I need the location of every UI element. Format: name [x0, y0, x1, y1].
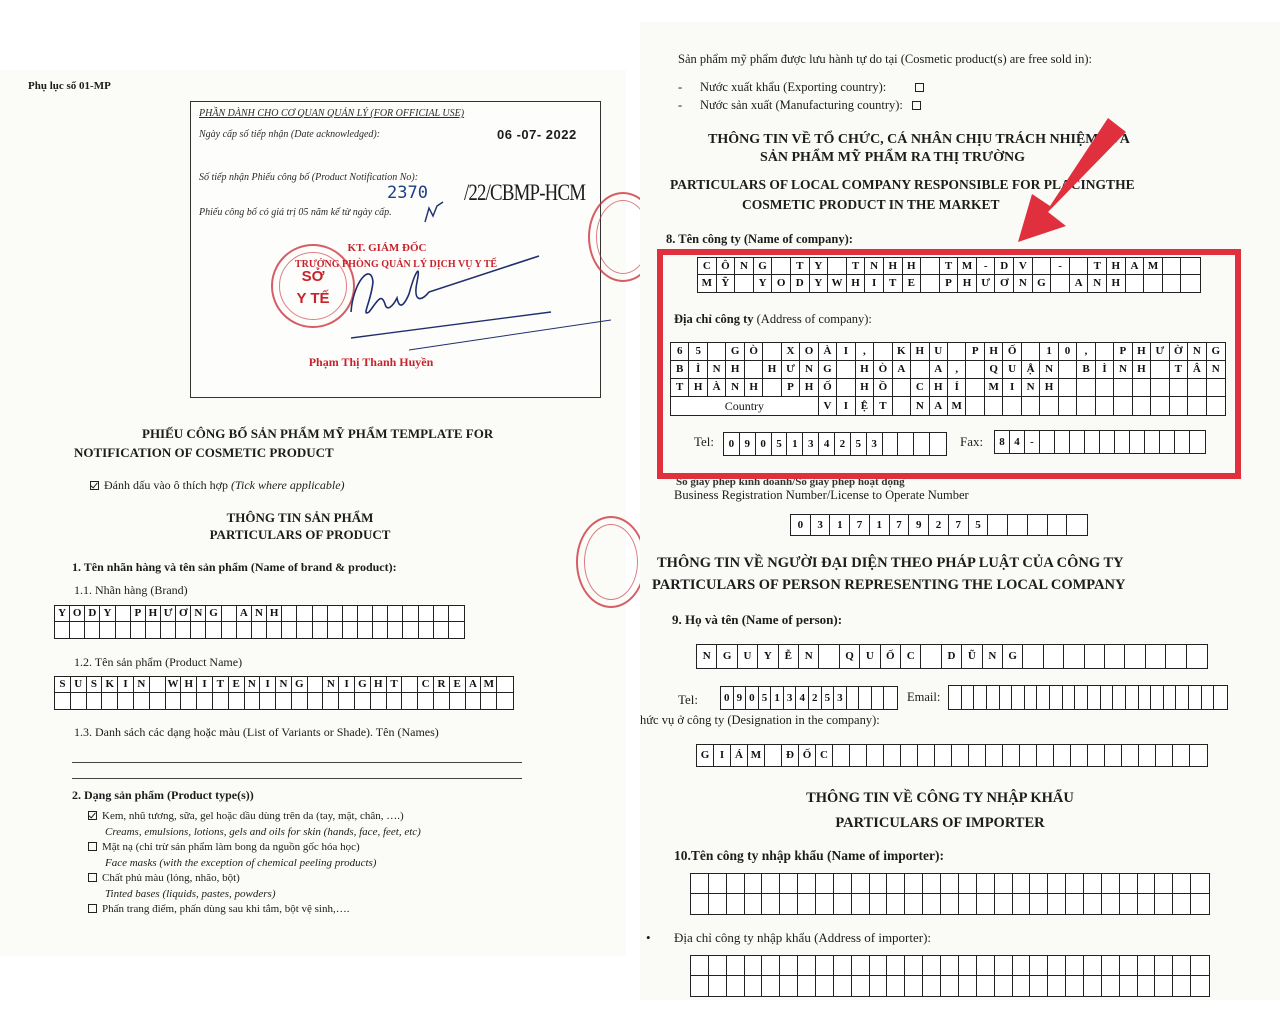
letter-box[interactable] [1120, 894, 1138, 914]
letter-box[interactable] [1173, 894, 1191, 914]
letter-box[interactable] [745, 956, 763, 976]
letter-box[interactable]: N [323, 677, 339, 693]
letter-box[interactable]: I [339, 677, 355, 693]
letter-box[interactable] [977, 894, 995, 914]
letter-box[interactable]: Ố [881, 645, 901, 668]
letter-box[interactable] [1044, 645, 1064, 668]
letter-box[interactable] [297, 606, 312, 622]
letter-box[interactable] [988, 515, 1008, 535]
letter-box[interactable] [1151, 686, 1164, 709]
letter-box[interactable] [161, 622, 176, 638]
letter-box[interactable] [921, 645, 941, 668]
letter-box[interactable] [819, 645, 839, 668]
letter-box[interactable] [1071, 745, 1088, 766]
letter-box[interactable] [1013, 956, 1031, 976]
letter-box[interactable] [959, 956, 977, 976]
letter-box[interactable]: C [816, 745, 833, 766]
letter-box[interactable] [816, 976, 834, 996]
letter-box[interactable]: H [146, 606, 161, 622]
letter-box[interactable] [1030, 956, 1048, 976]
letter-box[interactable] [941, 894, 959, 914]
letter-box[interactable] [1084, 976, 1102, 996]
letter-box[interactable]: U [860, 645, 880, 668]
letter-box[interactable]: 5 [759, 687, 772, 709]
email-field[interactable] [948, 685, 1228, 710]
letter-box[interactable] [798, 956, 816, 976]
letter-box[interactable]: Á [731, 745, 748, 766]
letter-box[interactable] [102, 693, 118, 709]
product-type-item[interactable]: Mặt nạ (chỉ trừ sản phẩm làm bong da ngu… [88, 840, 421, 856]
letter-box[interactable] [974, 686, 987, 709]
letter-box[interactable] [1000, 686, 1013, 709]
letter-box[interactable] [328, 622, 343, 638]
letter-box[interactable] [308, 677, 324, 693]
letter-box[interactable] [1064, 645, 1084, 668]
letter-box[interactable]: C [418, 677, 434, 693]
letter-box[interactable] [313, 622, 328, 638]
letter-box[interactable] [1013, 894, 1031, 914]
letter-box[interactable] [780, 956, 798, 976]
letter-box[interactable] [852, 956, 870, 976]
letter-box[interactable] [146, 622, 161, 638]
letter-box[interactable] [765, 745, 782, 766]
letter-box[interactable] [870, 976, 888, 996]
letter-box[interactable] [434, 693, 450, 709]
letter-box[interactable]: 3 [811, 515, 831, 535]
letter-box[interactable] [1138, 976, 1156, 996]
letter-box[interactable] [87, 693, 103, 709]
letter-box[interactable] [419, 622, 434, 638]
letter-box[interactable] [691, 894, 709, 914]
letter-box[interactable] [481, 693, 497, 709]
letter-box[interactable] [197, 693, 213, 709]
brand-field[interactable]: YODYPHƯƠNGANH [54, 605, 465, 639]
letter-box[interactable] [709, 874, 727, 894]
letter-box[interactable] [100, 622, 115, 638]
letter-box[interactable] [260, 693, 276, 709]
letter-box[interactable] [986, 745, 1003, 766]
letter-box[interactable] [905, 874, 923, 894]
letter-box[interactable] [1066, 976, 1084, 996]
letter-box[interactable] [1008, 515, 1028, 535]
letter-box[interactable] [834, 894, 852, 914]
letter-box[interactable]: G [206, 606, 221, 622]
letter-box[interactable] [339, 693, 355, 709]
letter-box[interactable] [1102, 894, 1120, 914]
letter-box[interactable] [959, 976, 977, 996]
letter-box[interactable] [941, 874, 959, 894]
letter-box[interactable] [1173, 956, 1191, 976]
letter-box[interactable]: I [714, 745, 731, 766]
letter-box[interactable]: Y [55, 606, 70, 622]
letter-box[interactable] [745, 976, 763, 996]
letter-box[interactable] [870, 874, 888, 894]
letter-box[interactable]: T [213, 677, 229, 693]
letter-box[interactable]: G [292, 677, 308, 693]
letter-box[interactable] [449, 606, 464, 622]
letter-box[interactable]: G [717, 645, 737, 668]
letter-box[interactable] [1214, 686, 1227, 709]
letter-box[interactable] [1176, 686, 1189, 709]
letter-box[interactable] [1120, 976, 1138, 996]
product-type-item[interactable]: Phấn trang điểm, phấn dùng sau khi tắm, … [88, 902, 421, 918]
letter-box[interactable]: T [387, 677, 403, 693]
letter-box[interactable] [1122, 745, 1139, 766]
letter-box[interactable] [905, 956, 923, 976]
letter-box[interactable] [923, 894, 941, 914]
letter-box[interactable] [418, 693, 434, 709]
letter-box[interactable] [213, 693, 229, 709]
letter-box[interactable]: G [1003, 645, 1023, 668]
letter-box[interactable] [373, 606, 388, 622]
letter-box[interactable]: Đ [782, 745, 799, 766]
letter-box[interactable]: H [267, 606, 282, 622]
letter-box[interactable]: P [131, 606, 146, 622]
letter-box[interactable] [434, 606, 449, 622]
letter-box[interactable] [150, 693, 166, 709]
letter-box[interactable]: D [85, 606, 100, 622]
letter-box[interactable] [780, 894, 798, 914]
letter-box[interactable]: R [434, 677, 450, 693]
letter-box[interactable] [1048, 874, 1066, 894]
importer-name-field[interactable] [690, 873, 1210, 915]
letter-box[interactable] [1084, 874, 1102, 894]
letter-box[interactable] [229, 693, 245, 709]
letter-box[interactable] [358, 622, 373, 638]
letter-box[interactable]: A [466, 677, 482, 693]
letter-box[interactable] [176, 622, 191, 638]
letter-box[interactable] [1173, 874, 1191, 894]
letter-box[interactable]: W [166, 677, 182, 693]
letter-box[interactable]: O [70, 606, 85, 622]
letter-box[interactable]: Q [840, 645, 860, 668]
letter-box[interactable]: N [245, 677, 261, 693]
letter-box[interactable] [419, 606, 434, 622]
letter-box[interactable] [131, 622, 146, 638]
letter-box[interactable] [847, 687, 860, 709]
letter-box[interactable] [466, 693, 482, 709]
letter-box[interactable] [292, 693, 308, 709]
letter-box[interactable] [402, 677, 418, 693]
person-tel-field[interactable]: 0905134253 [720, 686, 898, 710]
letter-box[interactable] [402, 693, 418, 709]
letter-box[interactable] [1020, 745, 1037, 766]
letter-box[interactable]: 1 [771, 687, 784, 709]
letter-box[interactable]: E [229, 677, 245, 693]
letter-box[interactable] [1067, 515, 1087, 535]
letter-box[interactable] [727, 894, 745, 914]
letter-box[interactable] [181, 693, 197, 709]
letter-box[interactable]: H [181, 677, 197, 693]
letter-box[interactable] [977, 956, 995, 976]
letter-box[interactable] [872, 687, 885, 709]
exporting-country-checkbox[interactable] [915, 83, 924, 92]
letter-box[interactable] [222, 622, 237, 638]
letter-box[interactable] [833, 745, 850, 766]
letter-box[interactable] [1088, 745, 1105, 766]
letter-box[interactable] [969, 745, 986, 766]
variants-line-1[interactable] [72, 762, 522, 763]
letter-box[interactable]: N [697, 645, 717, 668]
letter-box[interactable] [1050, 686, 1063, 709]
letter-box[interactable] [1138, 874, 1156, 894]
letter-box[interactable]: K [102, 677, 118, 693]
letter-box[interactable]: U [71, 677, 87, 693]
letter-box[interactable] [116, 622, 131, 638]
letter-box[interactable] [1025, 686, 1038, 709]
letter-box[interactable] [987, 686, 1000, 709]
letter-box[interactable] [1028, 515, 1048, 535]
letter-box[interactable] [995, 894, 1013, 914]
letter-box[interactable] [1189, 686, 1202, 709]
manufacturing-country-checkbox[interactable] [912, 101, 921, 110]
letter-box[interactable] [1101, 686, 1114, 709]
letter-box[interactable]: U [738, 645, 758, 668]
letter-box[interactable] [995, 874, 1013, 894]
letter-box[interactable] [709, 894, 727, 914]
letter-box[interactable] [252, 622, 267, 638]
letter-box[interactable] [388, 622, 403, 638]
letter-box[interactable] [222, 606, 237, 622]
letter-box[interactable] [323, 693, 339, 709]
letter-box[interactable] [1202, 686, 1215, 709]
letter-box[interactable] [355, 693, 371, 709]
letter-box[interactable]: 7 [890, 515, 910, 535]
letter-box[interactable] [1030, 894, 1048, 914]
letter-box[interactable] [727, 956, 745, 976]
letter-box[interactable] [852, 874, 870, 894]
letter-box[interactable]: 5 [822, 687, 835, 709]
letter-box[interactable] [762, 956, 780, 976]
letter-box[interactable] [373, 622, 388, 638]
letter-box[interactable]: I [260, 677, 276, 693]
letter-box[interactable] [497, 693, 513, 709]
letter-box[interactable] [1191, 874, 1209, 894]
letter-box[interactable] [867, 745, 884, 766]
letter-box[interactable] [995, 956, 1013, 976]
product-type-item[interactable]: Kem, nhũ tương, sữa, gel hoặc dầu dùng t… [88, 809, 421, 825]
letter-box[interactable]: 0 [721, 687, 734, 709]
letter-box[interactable] [691, 874, 709, 894]
letter-box[interactable] [1054, 745, 1071, 766]
letter-box[interactable] [905, 976, 923, 996]
letter-box[interactable] [923, 976, 941, 996]
letter-box[interactable] [343, 622, 358, 638]
letter-box[interactable]: I [197, 677, 213, 693]
letter-box[interactable] [70, 622, 85, 638]
letter-box[interactable] [870, 894, 888, 914]
letter-box[interactable] [780, 874, 798, 894]
letter-box[interactable]: S [55, 677, 71, 693]
letter-box[interactable] [1166, 645, 1186, 668]
letter-box[interactable] [1146, 645, 1166, 668]
letter-box[interactable] [1048, 956, 1066, 976]
letter-box[interactable] [450, 693, 466, 709]
letter-box[interactable] [952, 745, 969, 766]
letter-box[interactable] [1155, 956, 1173, 976]
letter-box[interactable] [1013, 976, 1031, 996]
letter-box[interactable] [237, 622, 252, 638]
letter-box[interactable] [1164, 686, 1177, 709]
letter-box[interactable] [267, 622, 282, 638]
letter-box[interactable] [935, 745, 952, 766]
letter-box[interactable] [282, 606, 297, 622]
letter-box[interactable] [276, 693, 292, 709]
letter-box[interactable] [245, 693, 261, 709]
letter-box[interactable] [1156, 745, 1173, 766]
letter-box[interactable] [852, 894, 870, 914]
letter-box[interactable]: C [901, 645, 921, 668]
letter-box[interactable] [1102, 874, 1120, 894]
person-name-field[interactable]: NGUYỄNQUỐCDŨNG [696, 644, 1208, 669]
letter-box[interactable] [745, 894, 763, 914]
letter-box[interactable] [71, 693, 87, 709]
letter-box[interactable] [850, 745, 867, 766]
letter-box[interactable] [1066, 874, 1084, 894]
letter-box[interactable]: N [799, 645, 819, 668]
letter-box[interactable] [1191, 956, 1209, 976]
letter-box[interactable] [762, 976, 780, 996]
letter-box[interactable] [918, 745, 935, 766]
letter-box[interactable] [959, 894, 977, 914]
letter-box[interactable] [1048, 894, 1066, 914]
letter-box[interactable] [328, 606, 343, 622]
checkbox-icon[interactable] [88, 873, 97, 882]
letter-box[interactable] [297, 622, 312, 638]
letter-box[interactable]: 3 [834, 687, 847, 709]
letter-box[interactable]: Y [100, 606, 115, 622]
letter-box[interactable] [1120, 956, 1138, 976]
letter-box[interactable] [798, 894, 816, 914]
business-reg-field[interactable]: 0317179275 [790, 514, 1088, 536]
letter-box[interactable] [798, 874, 816, 894]
letter-box[interactable] [1066, 956, 1084, 976]
letter-box[interactable] [1037, 686, 1050, 709]
letter-box[interactable] [134, 693, 150, 709]
letter-box[interactable]: Ễ [779, 645, 799, 668]
letter-box[interactable] [727, 874, 745, 894]
letter-box[interactable] [1113, 686, 1126, 709]
letter-box[interactable]: N [252, 606, 267, 622]
letter-box[interactable] [941, 976, 959, 996]
letter-box[interactable]: 0 [791, 515, 811, 535]
letter-box[interactable] [1155, 894, 1173, 914]
letter-box[interactable]: G [697, 745, 714, 766]
letter-box[interactable]: M [481, 677, 497, 693]
letter-box[interactable] [150, 677, 166, 693]
letter-box[interactable] [870, 956, 888, 976]
letter-box[interactable] [762, 894, 780, 914]
letter-box[interactable] [1030, 976, 1048, 996]
letter-box[interactable]: Ơ [176, 606, 191, 622]
letter-box[interactable]: Ư [161, 606, 176, 622]
letter-box[interactable] [949, 686, 962, 709]
letter-box[interactable] [1155, 874, 1173, 894]
letter-box[interactable] [977, 874, 995, 894]
letter-box[interactable] [1102, 956, 1120, 976]
letter-box[interactable] [1075, 686, 1088, 709]
letter-box[interactable] [1088, 686, 1101, 709]
letter-box[interactable] [834, 956, 852, 976]
letter-box[interactable] [884, 687, 897, 709]
letter-box[interactable] [1084, 894, 1102, 914]
letter-box[interactable] [887, 874, 905, 894]
letter-box[interactable] [887, 956, 905, 976]
letter-box[interactable] [497, 677, 513, 693]
letter-box[interactable] [191, 622, 206, 638]
letter-box[interactable] [118, 693, 134, 709]
letter-box[interactable]: 2 [809, 687, 822, 709]
letter-box[interactable]: 9 [909, 515, 929, 535]
letter-box[interactable] [1139, 686, 1152, 709]
letter-box[interactable] [691, 956, 709, 976]
letter-box[interactable] [1105, 745, 1122, 766]
letter-box[interactable] [995, 976, 1013, 996]
letter-box[interactable] [343, 606, 358, 622]
letter-box[interactable] [116, 606, 131, 622]
letter-box[interactable]: D [942, 645, 962, 668]
letter-box[interactable] [780, 976, 798, 996]
checkbox-icon[interactable] [88, 842, 97, 851]
letter-box[interactable] [1048, 515, 1068, 535]
letter-box[interactable]: Ố [799, 745, 816, 766]
letter-box[interactable] [308, 693, 324, 709]
letter-box[interactable] [388, 606, 403, 622]
letter-box[interactable]: 1 [830, 515, 850, 535]
letter-box[interactable] [434, 622, 449, 638]
letter-box[interactable] [1037, 745, 1054, 766]
letter-box[interactable] [959, 874, 977, 894]
letter-box[interactable] [1173, 976, 1191, 996]
variants-line-2[interactable] [72, 778, 522, 779]
letter-box[interactable]: 1 [870, 515, 890, 535]
letter-box[interactable]: I [118, 677, 134, 693]
letter-box[interactable] [923, 956, 941, 976]
letter-box[interactable] [1120, 874, 1138, 894]
letter-box[interactable] [1190, 745, 1207, 766]
letter-box[interactable] [977, 976, 995, 996]
letter-box[interactable]: N [276, 677, 292, 693]
letter-box[interactable] [691, 976, 709, 996]
letter-box[interactable]: G [355, 677, 371, 693]
letter-box[interactable] [1139, 745, 1156, 766]
letter-box[interactable] [313, 606, 328, 622]
letter-box[interactable] [1063, 686, 1076, 709]
letter-box[interactable] [1023, 645, 1043, 668]
letter-box[interactable]: N [983, 645, 1003, 668]
letter-box[interactable] [852, 976, 870, 996]
letter-box[interactable] [1084, 956, 1102, 976]
letter-box[interactable] [403, 606, 418, 622]
letter-box[interactable]: Y [758, 645, 778, 668]
letter-box[interactable] [55, 693, 71, 709]
letter-box[interactable] [1155, 976, 1173, 996]
letter-box[interactable] [745, 874, 763, 894]
letter-box[interactable]: E [450, 677, 466, 693]
letter-box[interactable] [727, 976, 745, 996]
letter-box[interactable] [709, 976, 727, 996]
product-name-field[interactable]: SUSKINWHITENINGNIGHTCREAM [54, 676, 514, 710]
letter-box[interactable]: 4 [796, 687, 809, 709]
letter-box[interactable] [1191, 976, 1209, 996]
letter-box[interactable] [1030, 874, 1048, 894]
letter-box[interactable] [884, 745, 901, 766]
letter-box[interactable]: H [371, 677, 387, 693]
letter-box[interactable] [901, 745, 918, 766]
designation-field[interactable]: GIÁMĐỐC [696, 744, 1208, 767]
importer-address-field[interactable] [690, 955, 1210, 997]
letter-box[interactable]: 2 [929, 515, 949, 535]
